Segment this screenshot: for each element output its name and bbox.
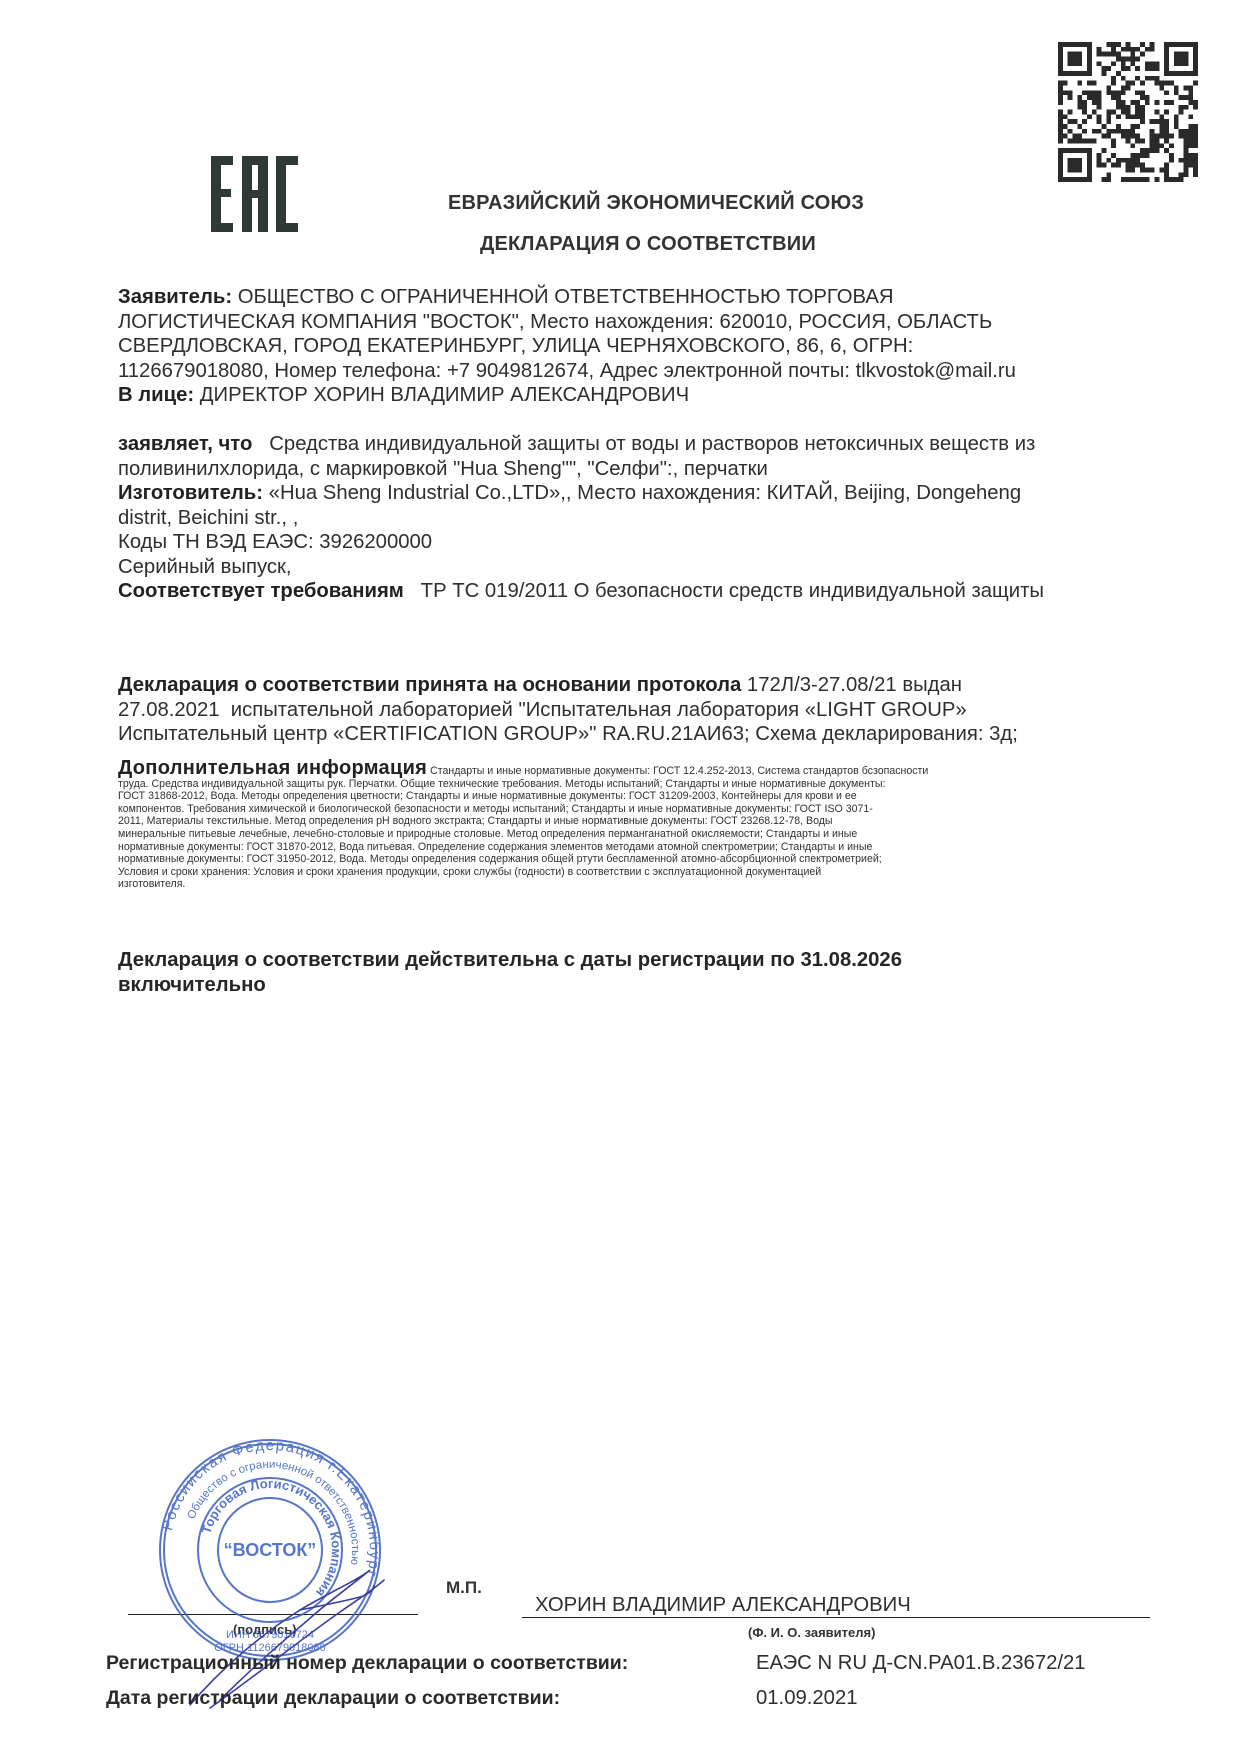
applicant-name: ХОРИН ВЛАДИМИР АЛЕКСАНДРОВИЧ — [535, 1594, 911, 1617]
validity-statement: Декларация о соответствии действительна … — [118, 948, 902, 997]
additional-info-section: Дополнительная информация Стандарты и ин… — [118, 762, 1178, 891]
release-type: Серийный выпуск, — [118, 555, 1178, 580]
eac-logo-icon — [208, 152, 300, 236]
basis-label: Декларация о соответствии принята на осн… — [118, 674, 741, 696]
person-label: В лице: — [118, 384, 194, 406]
manufacturer-label: Изготовитель: — [118, 482, 263, 504]
document-title: ДЕКЛАРАЦИЯ О СООТВЕТСТВИИ — [480, 233, 816, 256]
union-title: ЕВРАЗИЙСКИЙ ЭКОНОМИЧЕСКИЙ СОЮЗ — [448, 192, 864, 215]
name-caption: (Ф. И. О. заявителя) — [748, 1625, 875, 1640]
registration-date-label: Дата регистрации декларации о соответств… — [106, 1687, 560, 1710]
applicant-person: ДИРЕКТОР ХОРИН ВЛАДИМИР АЛЕКСАНДРОВИЧ — [194, 384, 689, 406]
name-line — [522, 1617, 1150, 1618]
complies-label: Соответствует требованиям — [118, 580, 404, 602]
tnved-codes: Коды ТН ВЭД ЕАЭС: 3926200000 — [118, 530, 1178, 555]
additional-info-label: Дополнительная информация — [118, 757, 427, 779]
basis-section: Декларация о соответствии принята на осн… — [118, 673, 1178, 747]
declaration-subject-section: заявляет, что Средства индивидуальной за… — [118, 432, 1178, 604]
handwritten-signature-icon — [180, 1540, 440, 1710]
registration-number-label: Регистрационный номер декларации о соотв… — [106, 1652, 628, 1675]
applicant-section: Заявитель: ОБЩЕСТВО С ОГРАНИЧЕННОЙ ОТВЕТ… — [118, 285, 1178, 408]
seal-mark: М.П. — [446, 1578, 482, 1598]
technical-regulation: ТР ТС 019/2011 О безопасности средств ин… — [404, 580, 1044, 602]
declares-label: заявляет, что — [118, 433, 252, 455]
registration-number: ЕАЭС N RU Д-CN.PA01.B.23672/21 — [756, 1652, 1086, 1675]
applicant-label: Заявитель: — [118, 286, 232, 308]
registration-date: 01.09.2021 — [756, 1687, 858, 1710]
qr-code-icon[interactable] — [1058, 40, 1198, 184]
